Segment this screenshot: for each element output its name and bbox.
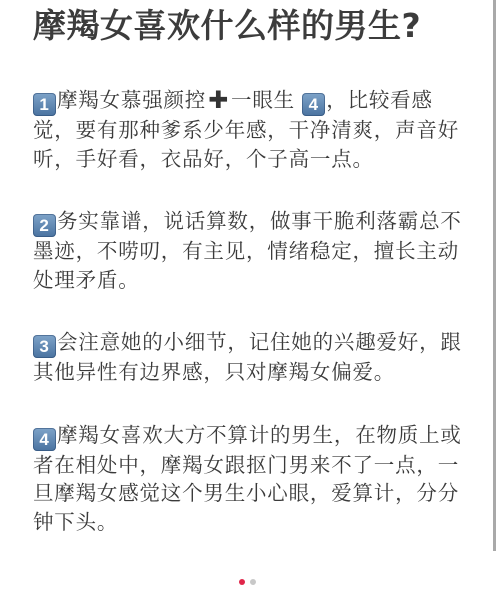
keycap-4-icon: 4: [33, 428, 56, 451]
paragraph-3: 3会注意她的小细节，记住她的兴趣爱好，跟其他异性有边界感，只对摩羯女偏爱。: [33, 328, 463, 387]
keycap-4-icon: 4: [302, 93, 325, 116]
paragraph-3-text: 会注意她的小细节，记住她的兴趣爱好，跟其他异性有边界感，只对摩羯女偏爱。: [33, 330, 462, 384]
paragraph-4-text: 摩羯女喜欢大方不算计的男生，在物质上或者在相处中，摩羯女跟抠门男来不了一点，一旦…: [33, 423, 462, 534]
scrollbar[interactable]: [493, 0, 496, 551]
keycap-2-icon: 2: [33, 214, 56, 237]
paragraph-2: 2务实靠谱，说话算数，做事干脆利落霸总不墨迹，不唠叨，有主见，情绪稳定，擅长主动…: [33, 207, 463, 294]
page-title: 摩羯女喜欢什么样的男生?: [33, 4, 421, 48]
page-dot-2[interactable]: [250, 579, 256, 585]
paragraph-4: 4摩羯女喜欢大方不算计的男生，在物质上或者在相处中，摩羯女跟抠门男来不了一点，一…: [33, 421, 463, 537]
paragraph-1: 1摩羯女慕强颜控✚一眼生 4，比较看感觉，要有那种爹系少年感，干净清爽，声音好听…: [33, 86, 463, 173]
keycap-3-icon: 3: [33, 335, 56, 358]
paragraph-1-text-b: 一眼生: [231, 88, 295, 112]
keycap-1-icon: 1: [33, 93, 56, 116]
page-indicator: [239, 579, 256, 585]
article-body: 1摩羯女慕强颜控✚一眼生 4，比较看感觉，要有那种爹系少年感，干净清爽，声音好听…: [33, 86, 463, 570]
plus-icon: ✚: [208, 90, 229, 110]
paragraph-1-text-a: 摩羯女慕强颜控: [57, 88, 206, 112]
paragraph-2-text: 务实靠谱，说话算数，做事干脆利落霸总不墨迹，不唠叨，有主见，情绪稳定，擅长主动处…: [33, 209, 462, 292]
page-dot-1[interactable]: [239, 579, 245, 585]
